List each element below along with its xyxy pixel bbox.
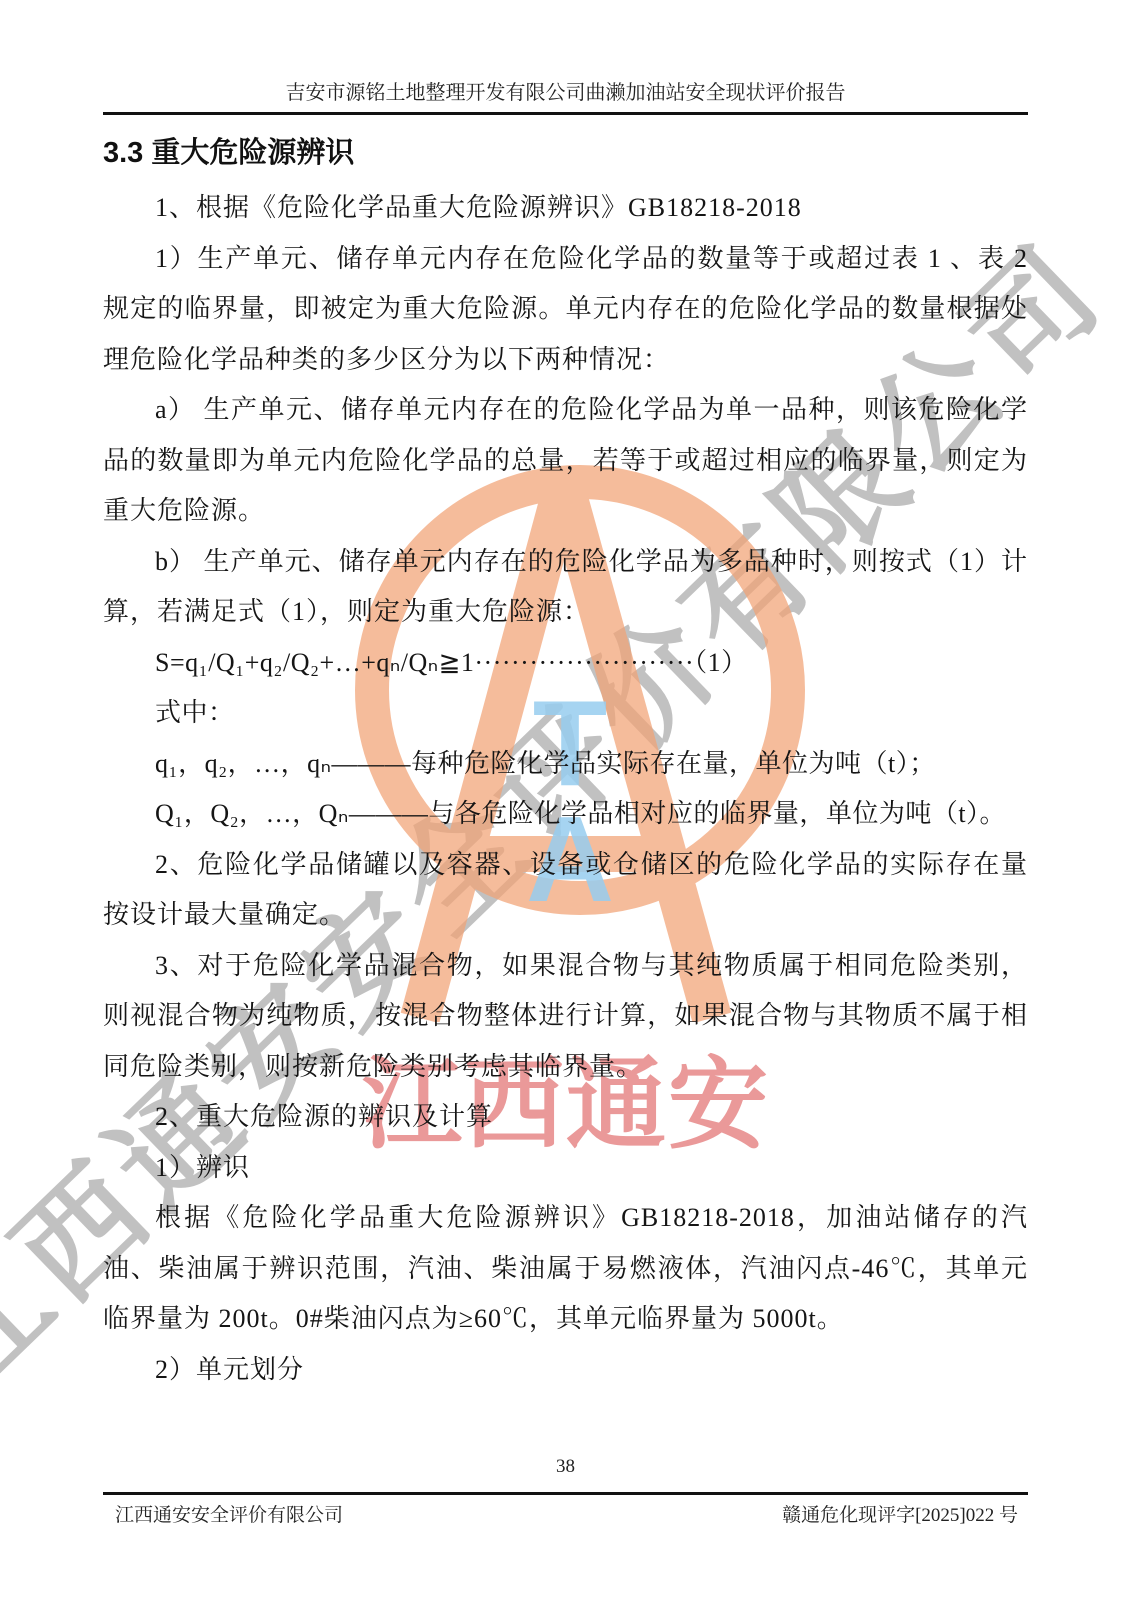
paragraph: 2、危险化学品储罐以及容器、设备或仓储区的危险化学品的实际存在量按设计最大量确定… — [103, 840, 1028, 941]
paragraph: 1）辨识 — [103, 1143, 1028, 1194]
body-text-block: 1、根据《危险化学品重大危险源辨识》GB18218-2018 1）生产单元、储存… — [103, 183, 1028, 1395]
footer-document-number: 赣通危化现评字[2025]022 号 — [782, 1500, 1018, 1527]
header-rule — [103, 112, 1028, 115]
page-number: 38 — [0, 1456, 1131, 1478]
paragraph: 3、对于危险化学品混合物，如果混合物与其纯物质属于相同危险类别，则视混合物为纯物… — [103, 941, 1028, 1093]
paragraph: a） 生产单元、储存单元内存在的危险化学品为单一品种，则该危险化学品的数量即为单… — [103, 385, 1028, 537]
formula-legend-q-upper: Q₁，Q₂，…，Qₙ———与各危险化学品相对应的临界量，单位为吨（t）。 — [103, 789, 1028, 840]
paragraph: 根据《危险化学品重大危险源辨识》GB18218-2018，加油站储存的汽油、柴油… — [103, 1193, 1028, 1345]
document-content: 吉安市源铭土地整理开发有限公司曲濑加油站安全现状评价报告 3.3 重大危险源辨识… — [0, 0, 1131, 1600]
paragraph: 1、根据《危险化学品重大危险源辨识》GB18218-2018 — [103, 183, 1028, 234]
page-header-title: 吉安市源铭土地整理开发有限公司曲濑加油站安全现状评价报告 — [0, 76, 1131, 105]
paragraph: b） 生产单元、储存单元内存在的危险化学品为多品种时，则按式（1）计算，若满足式… — [103, 537, 1028, 638]
footer-company-name: 江西通安安全评价有限公司 — [115, 1500, 343, 1527]
paragraph: 2、重大危险源的辨识及计算 — [103, 1092, 1028, 1143]
paragraph: 1）生产单元、储存单元内存在危险化学品的数量等于或超过表 1 、表 2 规定的临… — [103, 234, 1028, 386]
section-heading: 3.3 重大危险源辨识 — [103, 130, 354, 171]
report-page: 江西通安安全评价有限公司 T A 江西通安 吉安市源铭土地整理开发有限公司曲濑加… — [0, 0, 1131, 1600]
footer-rule — [103, 1492, 1028, 1495]
formula-legend-q: q₁，q₂，…，qₙ———每种危险化学品实际存在量，单位为吨（t）； — [103, 739, 1028, 790]
formula-line: S=q₁/Q₁+q₂/Q₂+…+qₙ/Qₙ≧1·················… — [103, 638, 1028, 689]
formula-legend-intro: 式中： — [103, 688, 1028, 739]
paragraph: 2）单元划分 — [103, 1345, 1028, 1396]
